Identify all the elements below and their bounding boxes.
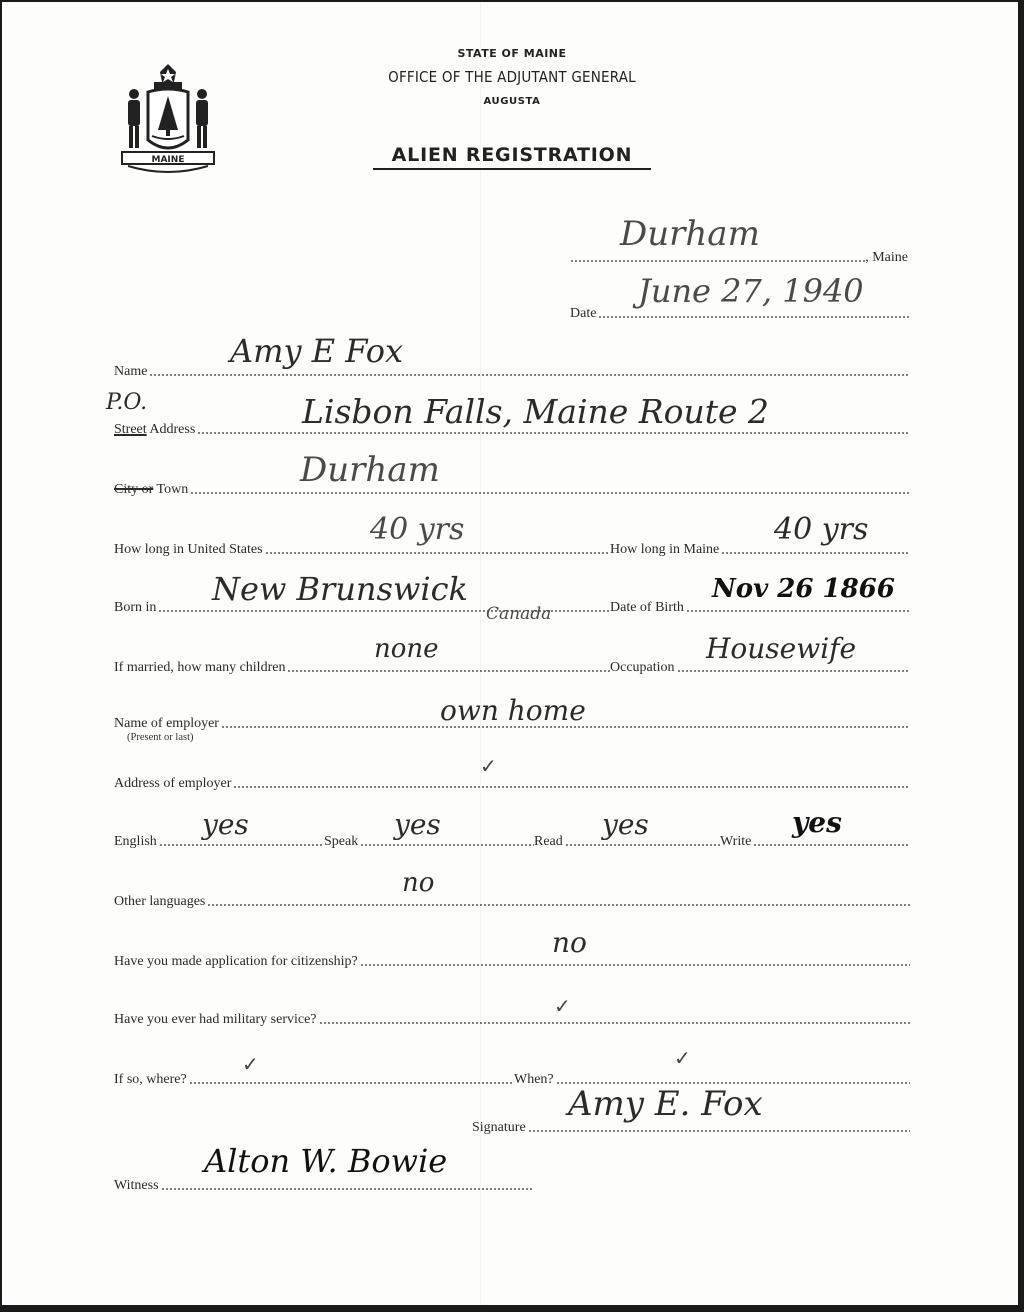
address-label-group: Street Address	[114, 422, 197, 438]
write-value: yes	[792, 806, 842, 839]
speak-dotted-line	[360, 843, 534, 847]
read-label: Read	[534, 834, 565, 850]
town-label-group: City or Town	[114, 482, 190, 498]
maine-duration-value: 40 yrs	[774, 512, 868, 547]
where-label: If so, where?	[114, 1072, 189, 1088]
occupation-value: Housewife	[706, 632, 856, 665]
witness-dotted-line	[161, 1187, 534, 1191]
citizenship-dotted-line	[360, 963, 910, 967]
military-dotted-line	[319, 1021, 910, 1025]
town-label-struck: City or	[114, 482, 153, 497]
place-suffix: , Maine	[865, 250, 910, 266]
registration-form-page: MAINE STATE OF MAINE OFFICE OF THE ADJUT…	[2, 2, 1018, 1305]
town-field[interactable]: City or Town	[114, 476, 910, 498]
where-check-icon: ✓	[242, 1052, 259, 1076]
place-dotted-line	[570, 259, 865, 263]
date-of-birth-dotted-line	[686, 609, 910, 613]
born-in-value: New Brunswick	[212, 570, 468, 608]
town-value: Durham	[300, 450, 440, 490]
other-languages-field[interactable]: Other languages	[114, 888, 910, 910]
us-duration-label: How long in United States	[114, 542, 265, 558]
signature-dotted-line	[528, 1129, 910, 1133]
speak-value: yes	[394, 808, 441, 841]
citizenship-label: Have you made application for citizenshi…	[114, 954, 360, 970]
read-dotted-line	[565, 843, 720, 847]
children-field[interactable]: If married, how many children	[114, 654, 610, 676]
form-title: ALIEN REGISTRATION	[342, 144, 682, 166]
other-languages-value: no	[402, 868, 434, 898]
signature-value: Amy E. Fox	[568, 1084, 763, 1124]
header-city: AUGUSTA	[342, 96, 682, 107]
write-label: Write	[720, 834, 753, 850]
signature-label: Signature	[472, 1120, 528, 1136]
title-underline	[373, 168, 651, 170]
employer-name-sublabel: (Present or last)	[127, 732, 193, 743]
occupation-label: Occupation	[610, 660, 677, 676]
speak-label: Speak	[324, 834, 360, 850]
when-label: When?	[514, 1072, 556, 1088]
when-check-icon: ✓	[674, 1046, 691, 1070]
witness-value: Alton W. Bowie	[204, 1142, 447, 1180]
witness-label: Witness	[114, 1178, 161, 1194]
address-label-struck: Street	[114, 422, 147, 437]
employer-name-value: own home	[440, 694, 586, 727]
employer-address-field[interactable]: Address of employer	[114, 770, 910, 792]
place-value: Durham	[620, 214, 760, 254]
date-of-birth-value: Nov 26 1866	[712, 574, 895, 604]
citizenship-field[interactable]: Have you made application for citizenshi…	[114, 948, 910, 970]
date-dotted-line	[598, 315, 910, 319]
write-dotted-line	[753, 843, 910, 847]
address-annotation: P.O.	[106, 390, 147, 415]
military-label: Have you ever had military service?	[114, 1012, 319, 1028]
other-languages-dotted-line	[207, 903, 910, 907]
employer-name-label: Name of employer	[114, 716, 221, 732]
employer-address-dotted-line	[233, 785, 910, 789]
address-label: Address	[149, 422, 195, 437]
us-duration-dotted-line	[265, 551, 610, 555]
name-label: Name	[114, 364, 149, 380]
us-duration-field[interactable]: How long in United States	[114, 536, 610, 558]
children-label: If married, how many children	[114, 660, 287, 676]
address-value: Lisbon Falls, Maine Route 2	[302, 392, 769, 431]
children-value: none	[374, 634, 439, 664]
citizenship-value: no	[552, 926, 587, 959]
where-field[interactable]: If so, where?	[114, 1066, 512, 1088]
maine-duration-dotted-line	[721, 551, 910, 555]
english-label: English	[114, 834, 159, 850]
children-dotted-line	[287, 669, 610, 673]
date-of-birth-label: Date of Birth	[610, 600, 686, 616]
maine-duration-label: How long in Maine	[610, 542, 721, 558]
svg-text:MAINE: MAINE	[152, 155, 185, 165]
town-label: Town	[157, 482, 189, 497]
employer-address-label: Address of employer	[114, 776, 233, 792]
date-label: Date	[570, 306, 598, 322]
name-dotted-line	[149, 373, 910, 377]
address-dotted-line	[197, 431, 910, 435]
maine-seal-icon: MAINE	[118, 60, 218, 180]
english-value: yes	[202, 808, 249, 841]
town-dotted-line	[190, 491, 910, 495]
other-languages-label: Other languages	[114, 894, 207, 910]
born-in-label: Born in	[114, 600, 158, 616]
name-value: Amy E Fox	[230, 332, 403, 370]
employer-address-check-icon: ✓	[480, 754, 497, 778]
us-duration-value: 40 yrs	[370, 512, 464, 547]
military-check-icon: ✓	[554, 994, 571, 1018]
occupation-dotted-line	[677, 669, 910, 673]
english-dotted-line	[159, 843, 324, 847]
born-in-note: Canada	[486, 604, 551, 624]
header-office: OFFICE OF THE ADJUTANT GENERAL	[342, 68, 682, 86]
date-value: June 27, 1940	[638, 272, 864, 310]
where-dotted-line	[189, 1081, 512, 1085]
header-state: STATE OF MAINE	[342, 47, 682, 60]
read-value: yes	[602, 808, 649, 841]
military-field[interactable]: Have you ever had military service?	[114, 1006, 910, 1028]
